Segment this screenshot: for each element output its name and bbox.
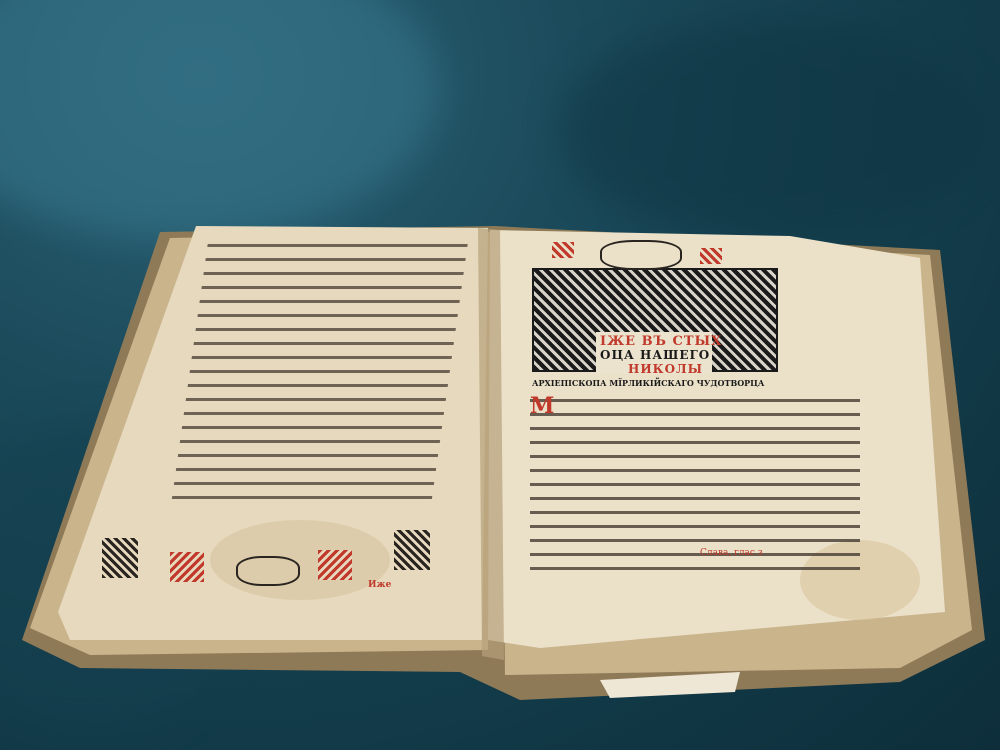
- crown-ornament-icon: [600, 240, 682, 270]
- subheading: АРХІЕПІСКОПА МЇРЛИКІЙСКАГО ЧУДОТВОРЦА: [532, 378, 764, 388]
- black-ornament-icon: [394, 530, 430, 570]
- heading-line-1: ІЖЕ ВЪ СТЫХ: [600, 334, 722, 349]
- open-book: [0, 0, 1000, 750]
- red-ornament-icon: [318, 550, 352, 580]
- red-ornament-icon: [552, 242, 574, 258]
- knot-ornament-icon: [236, 556, 300, 586]
- heading-line-2: ОЦА НАШЕГО: [600, 348, 710, 362]
- red-ornament-icon: [170, 552, 204, 582]
- closing-rubric: Слава, глас з: [700, 546, 763, 560]
- red-ornament-icon: [700, 248, 722, 264]
- left-page-body-text: [172, 240, 469, 500]
- drop-cap: М: [530, 395, 554, 417]
- right-page-body-text: [530, 395, 860, 575]
- catchword: Иже: [368, 578, 391, 592]
- heading-line-3: НИКОЛЫ: [628, 362, 703, 376]
- black-ornament-icon: [102, 538, 138, 578]
